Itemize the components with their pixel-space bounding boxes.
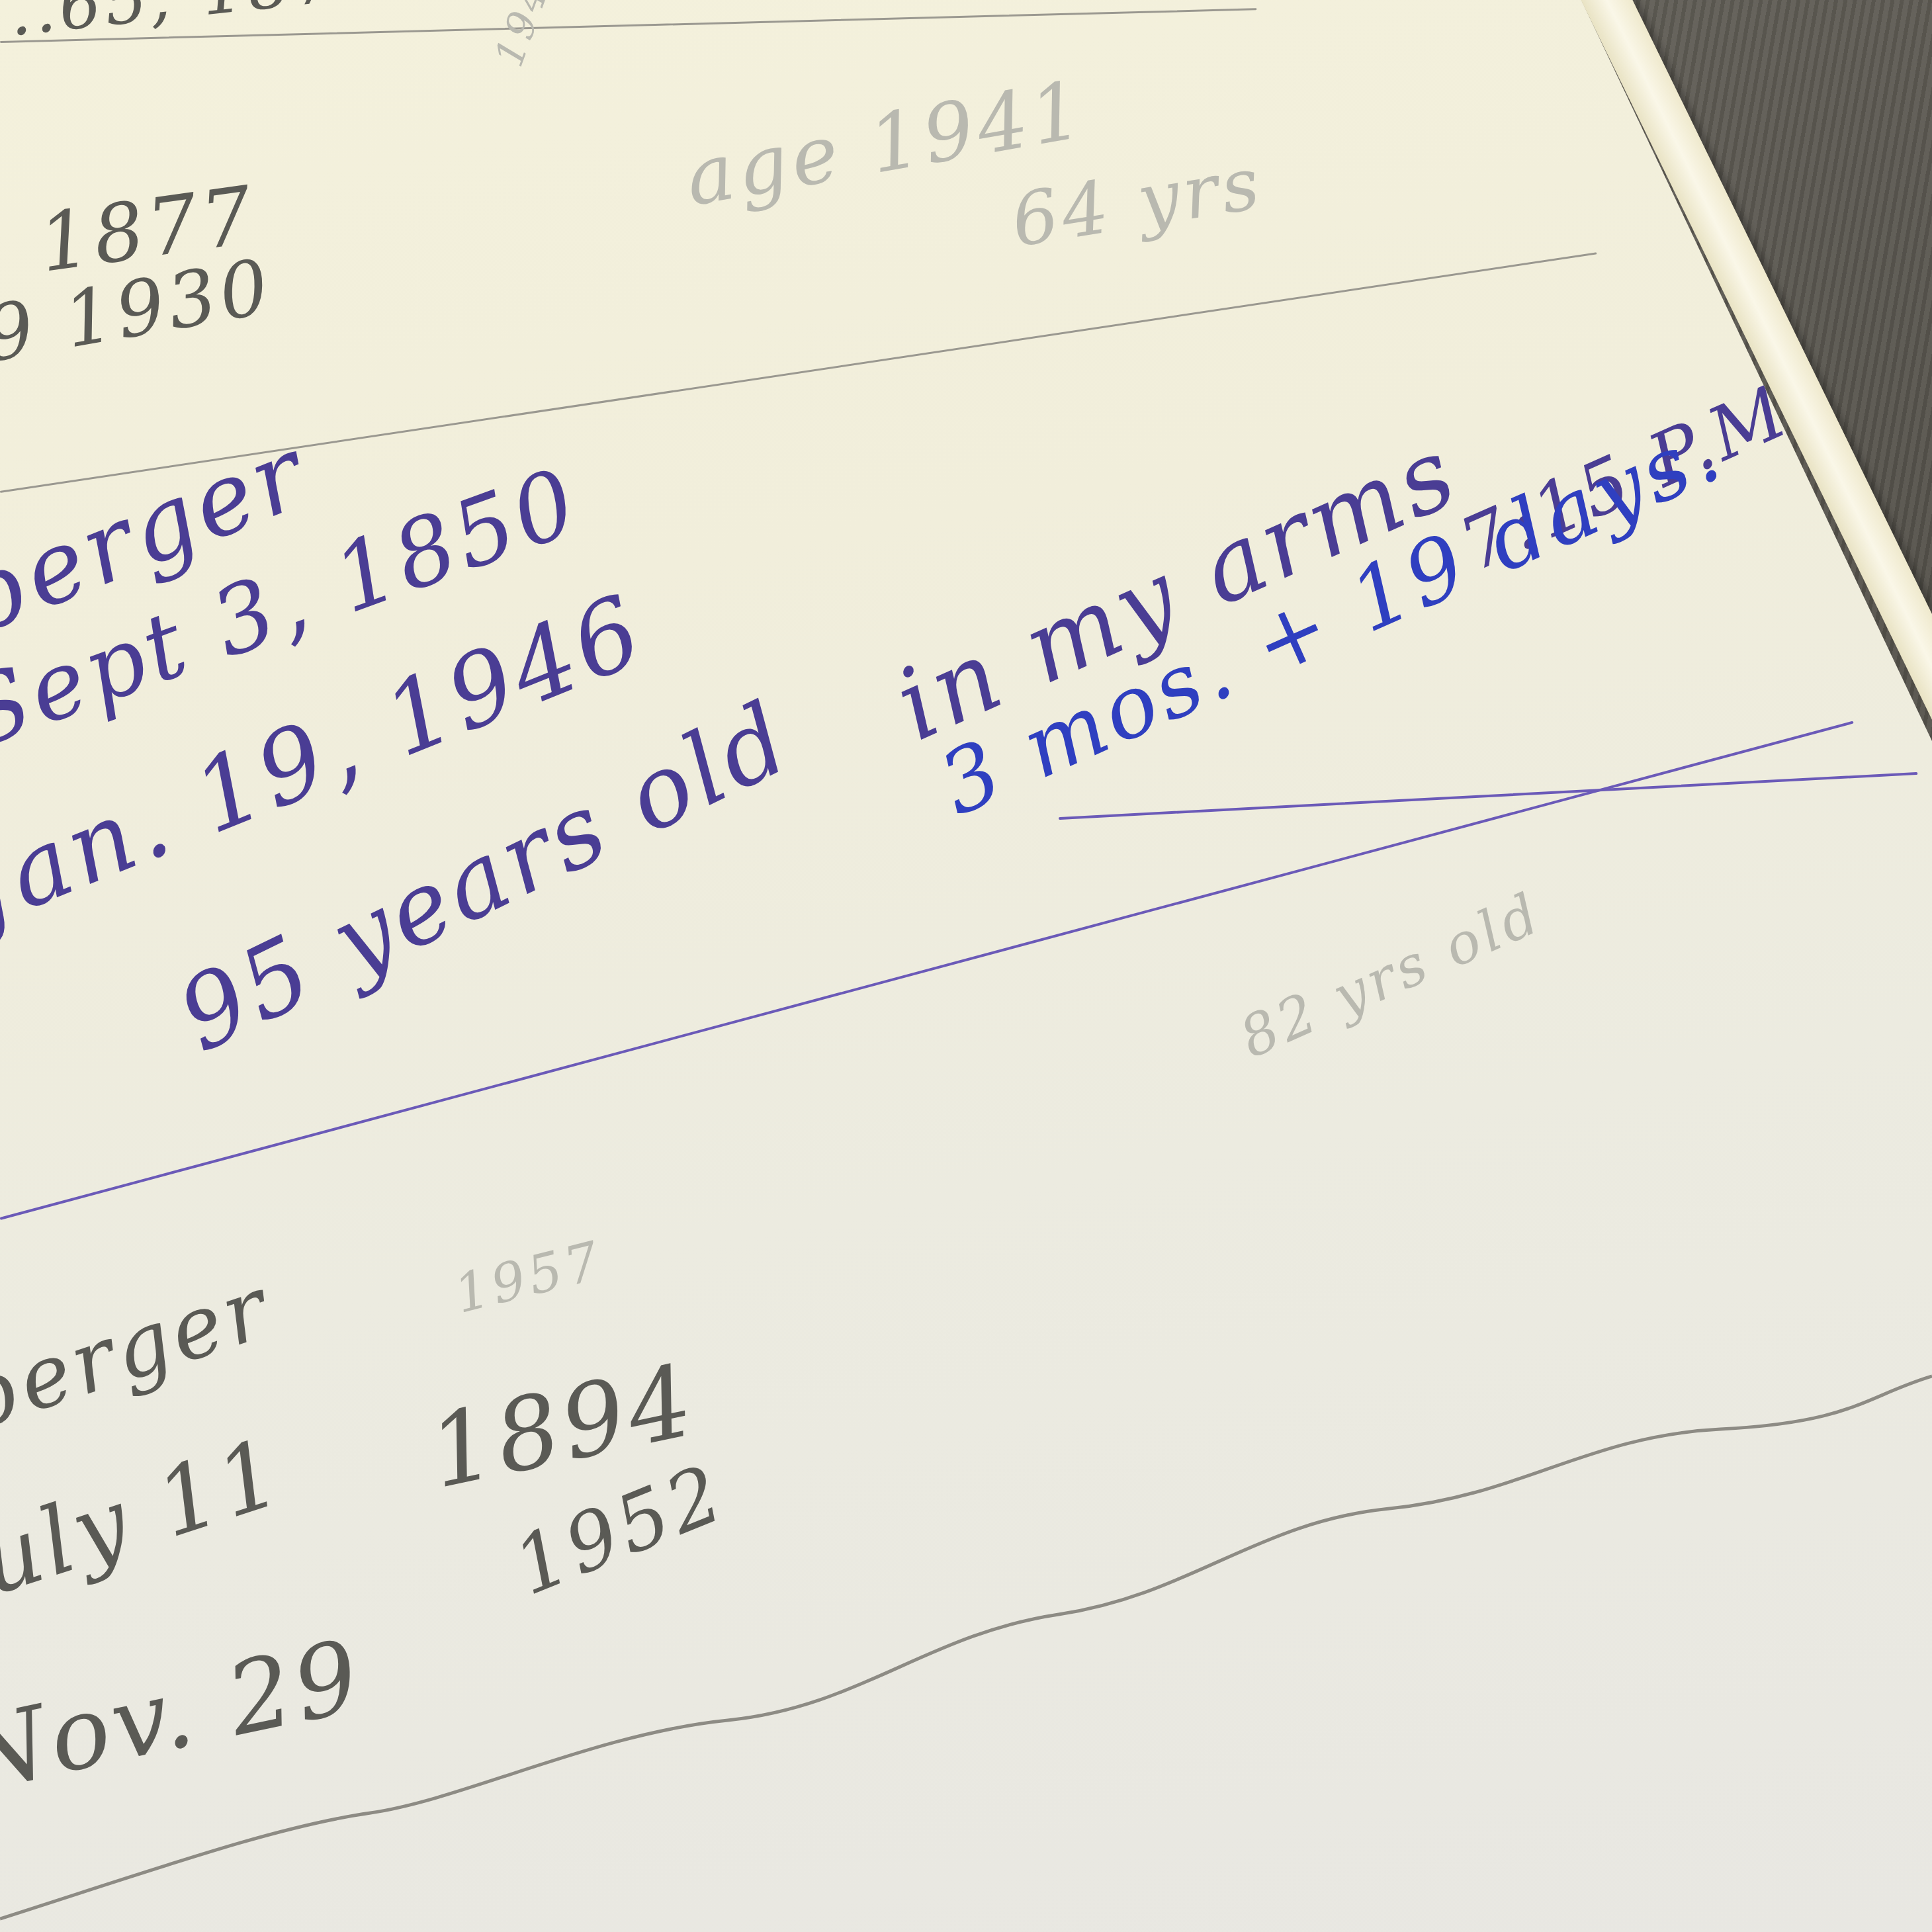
record-page: ..65; 1874 1877 9 1930 1941 +877 age 194… — [0, 0, 1932, 1932]
